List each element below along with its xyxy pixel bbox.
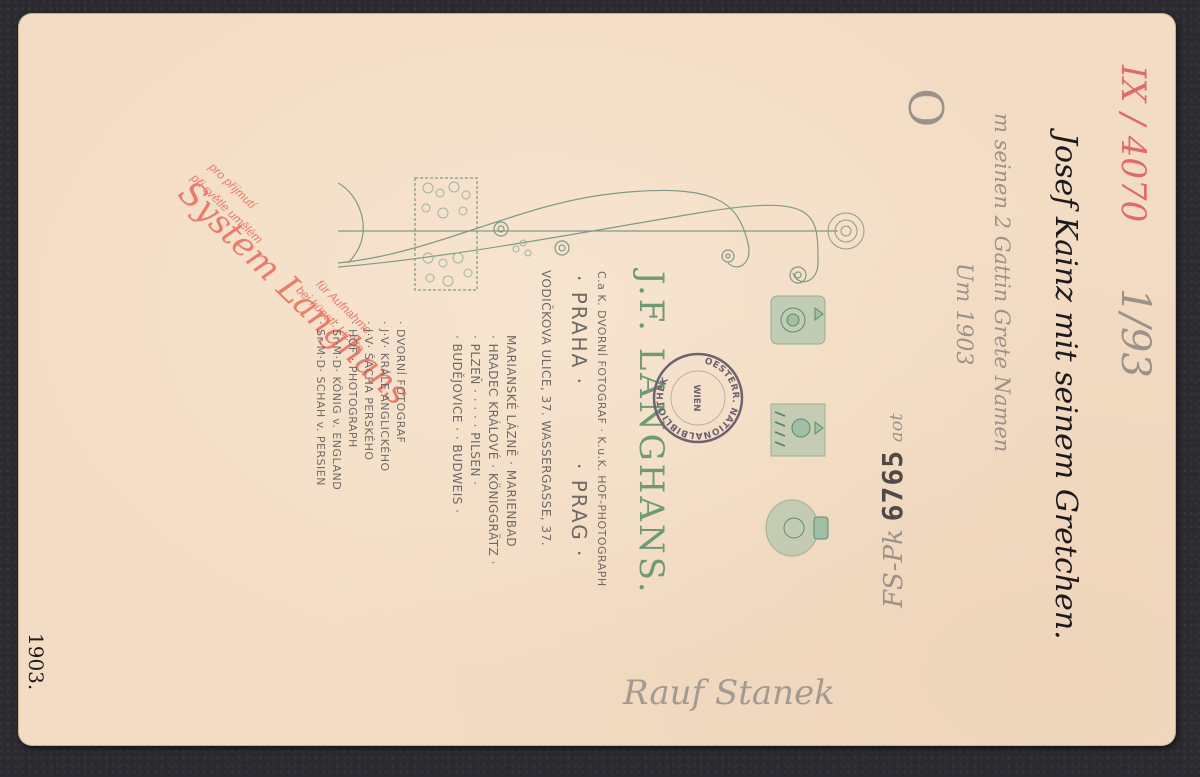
court-title-item: · Sr·M·D· SCHAH v. PERSIEN	[312, 321, 328, 490]
court-titles: · DVORNÍ FOTOGRAF · J·V· KRÁLE ANGLICKÉH…	[312, 321, 408, 490]
ink-inscription: Josef Kainz mit seinem Gretchen.	[1048, 133, 1083, 640]
pencil-inscription-line1: m seinen 2 Gattin Grete Namen	[990, 113, 1014, 452]
city-de: · PRAG ·	[567, 463, 591, 558]
photo-card-reverse: IX / 4070 Josef Kainz mit seinem Gretche…	[18, 13, 1176, 746]
persian-lion-sun-arms-icon	[758, 493, 838, 563]
pencil-mark-o: O	[897, 88, 953, 127]
court-title-item: · Sr·M·D· KÖNIG v. ENGLAND	[328, 321, 344, 490]
inventory-suffix: aot	[886, 413, 907, 442]
branch-item: MARIANSKÉ LÁZNĚ · MARIENBAD	[502, 335, 520, 565]
studio-subtitle: C.a K. DVORNÍ FOTOGRAF · K.u.K. HOF-PHOT…	[595, 271, 608, 587]
inventory-stamp-number: 6765	[876, 450, 909, 521]
corner-year: 1903.	[24, 633, 48, 690]
court-title-item: · HOF · PHOTOGRAPH	[344, 321, 360, 490]
court-title-item: · J·V· KRÁLE ANGLICKÉHO	[376, 321, 392, 490]
inventory-number: FS-Pk 6765 aot	[876, 413, 909, 608]
catalog-number-red: IX / 4070	[1113, 65, 1153, 222]
british-royal-arms-icon	[763, 288, 833, 353]
stamp-center-text: WIEN	[691, 385, 701, 412]
branch-list: MARIANSKÉ LÁZNĚ · MARIENBAD · HRADEC KRÁ…	[448, 335, 520, 565]
court-title-item: · DVORNÍ FOTOGRAF	[392, 321, 408, 490]
pencil-inscription-date: Um 1903	[951, 263, 976, 365]
pencil-number: 1/93	[1112, 288, 1158, 378]
court-title-item: · J·V· ŠACHA PERSKÉHO	[360, 321, 376, 490]
branch-item: · BUDĚJOVICE · · BUDWEIS ·	[448, 335, 466, 565]
studio-address: VODIČKOVA ULICE, 37. WASSERGASSE, 37.	[539, 270, 553, 546]
austrian-eagle-arms-icon	[763, 398, 833, 463]
branch-item: · PLZEŇ · · · · · PILSEN ·	[466, 335, 484, 565]
pencil-name-bottom: Rauf Stanek	[623, 673, 835, 713]
city-cz: · PRAHA ·	[567, 275, 591, 386]
branch-item: · HRADEC KRÁLOVÉ · KÖNIGGRÄTZ ·	[484, 335, 502, 565]
inventory-prefix: FS-Pk	[879, 529, 909, 608]
library-stamp-icon: OESTERR. NATIONALBIBLIOTHEK WIEN	[648, 348, 748, 448]
